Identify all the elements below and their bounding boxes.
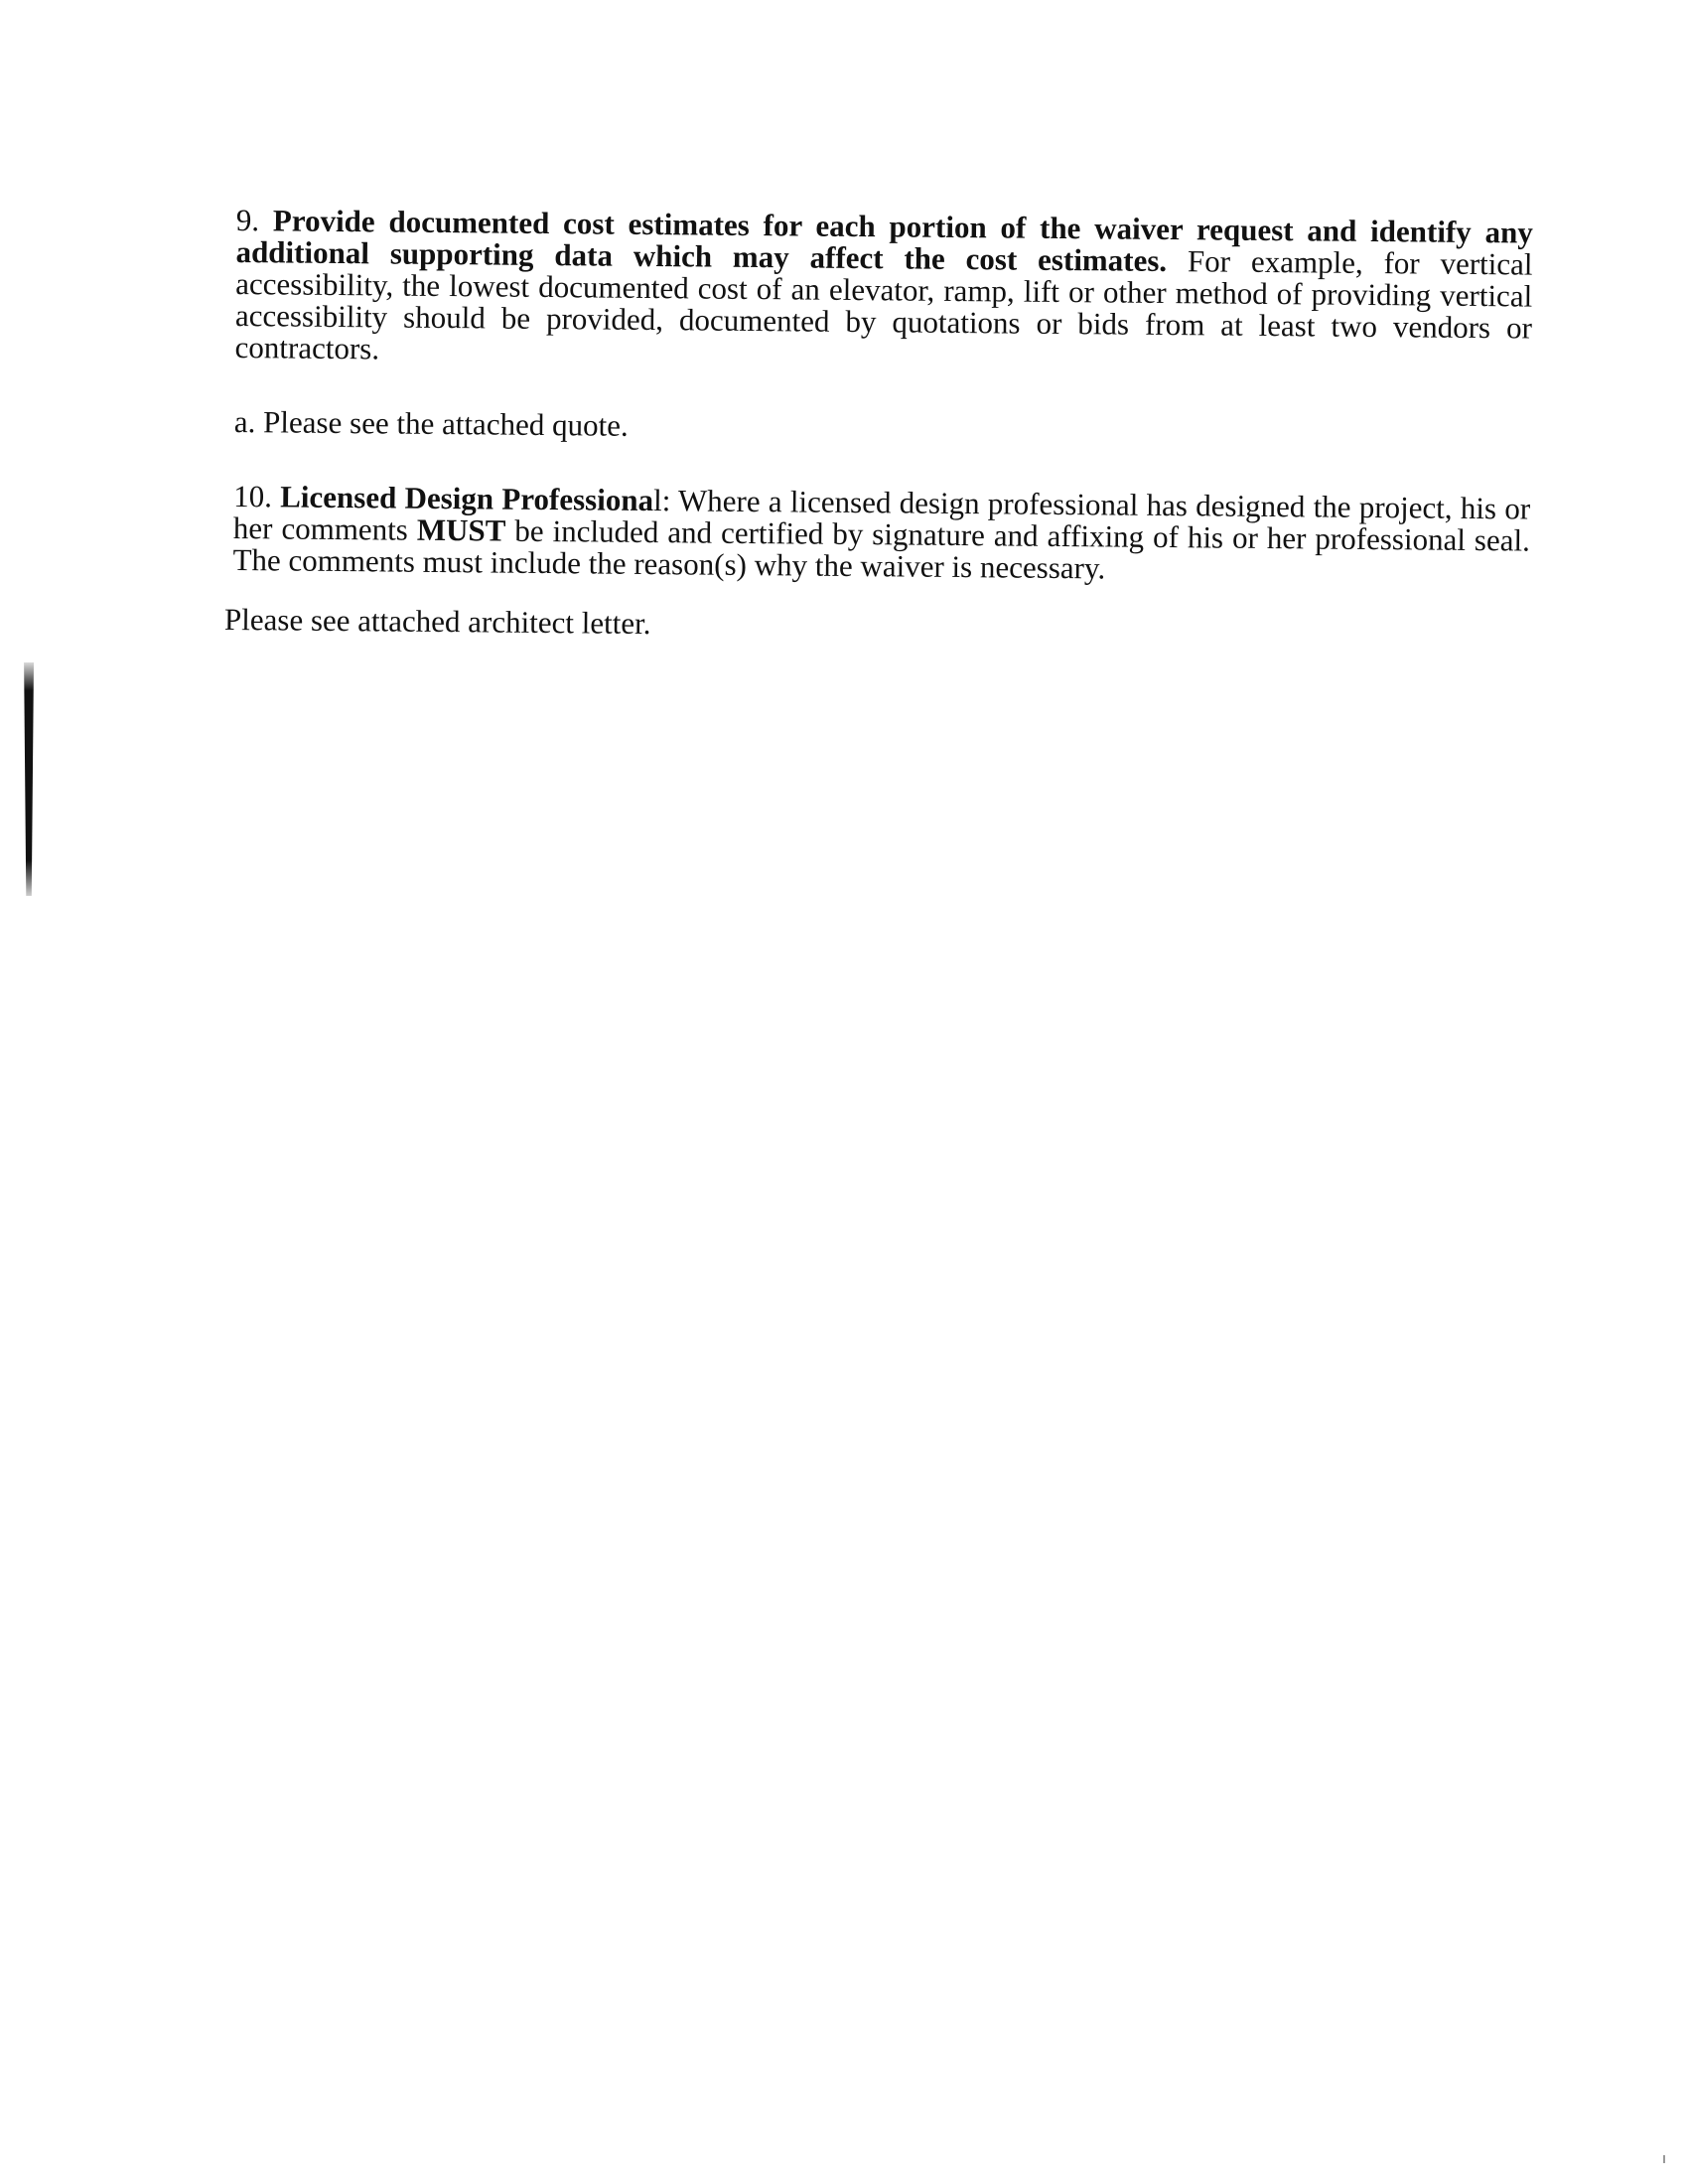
document-content: 9. Provide documented cost estimates for… [232,205,1533,649]
item-9-number: 9. [236,203,260,237]
item-9-response: a. Please see the attached quote. [234,406,1531,451]
scan-edge-mark [23,662,34,896]
scan-speck [1663,2155,1665,2163]
item-10-number: 10. [233,479,272,513]
item-10-must: MUST [417,512,506,548]
document-page: 9. Provide documented cost estimates for… [0,0,1688,2184]
item-10-label-suffix: l: [653,483,671,517]
item-10-question: 10. Licensed Design Professional: Where … [232,481,1530,589]
item-10-response: Please see attached architect letter. [224,604,1529,649]
item-9-question: 9. Provide documented cost estimates for… [234,205,1532,376]
